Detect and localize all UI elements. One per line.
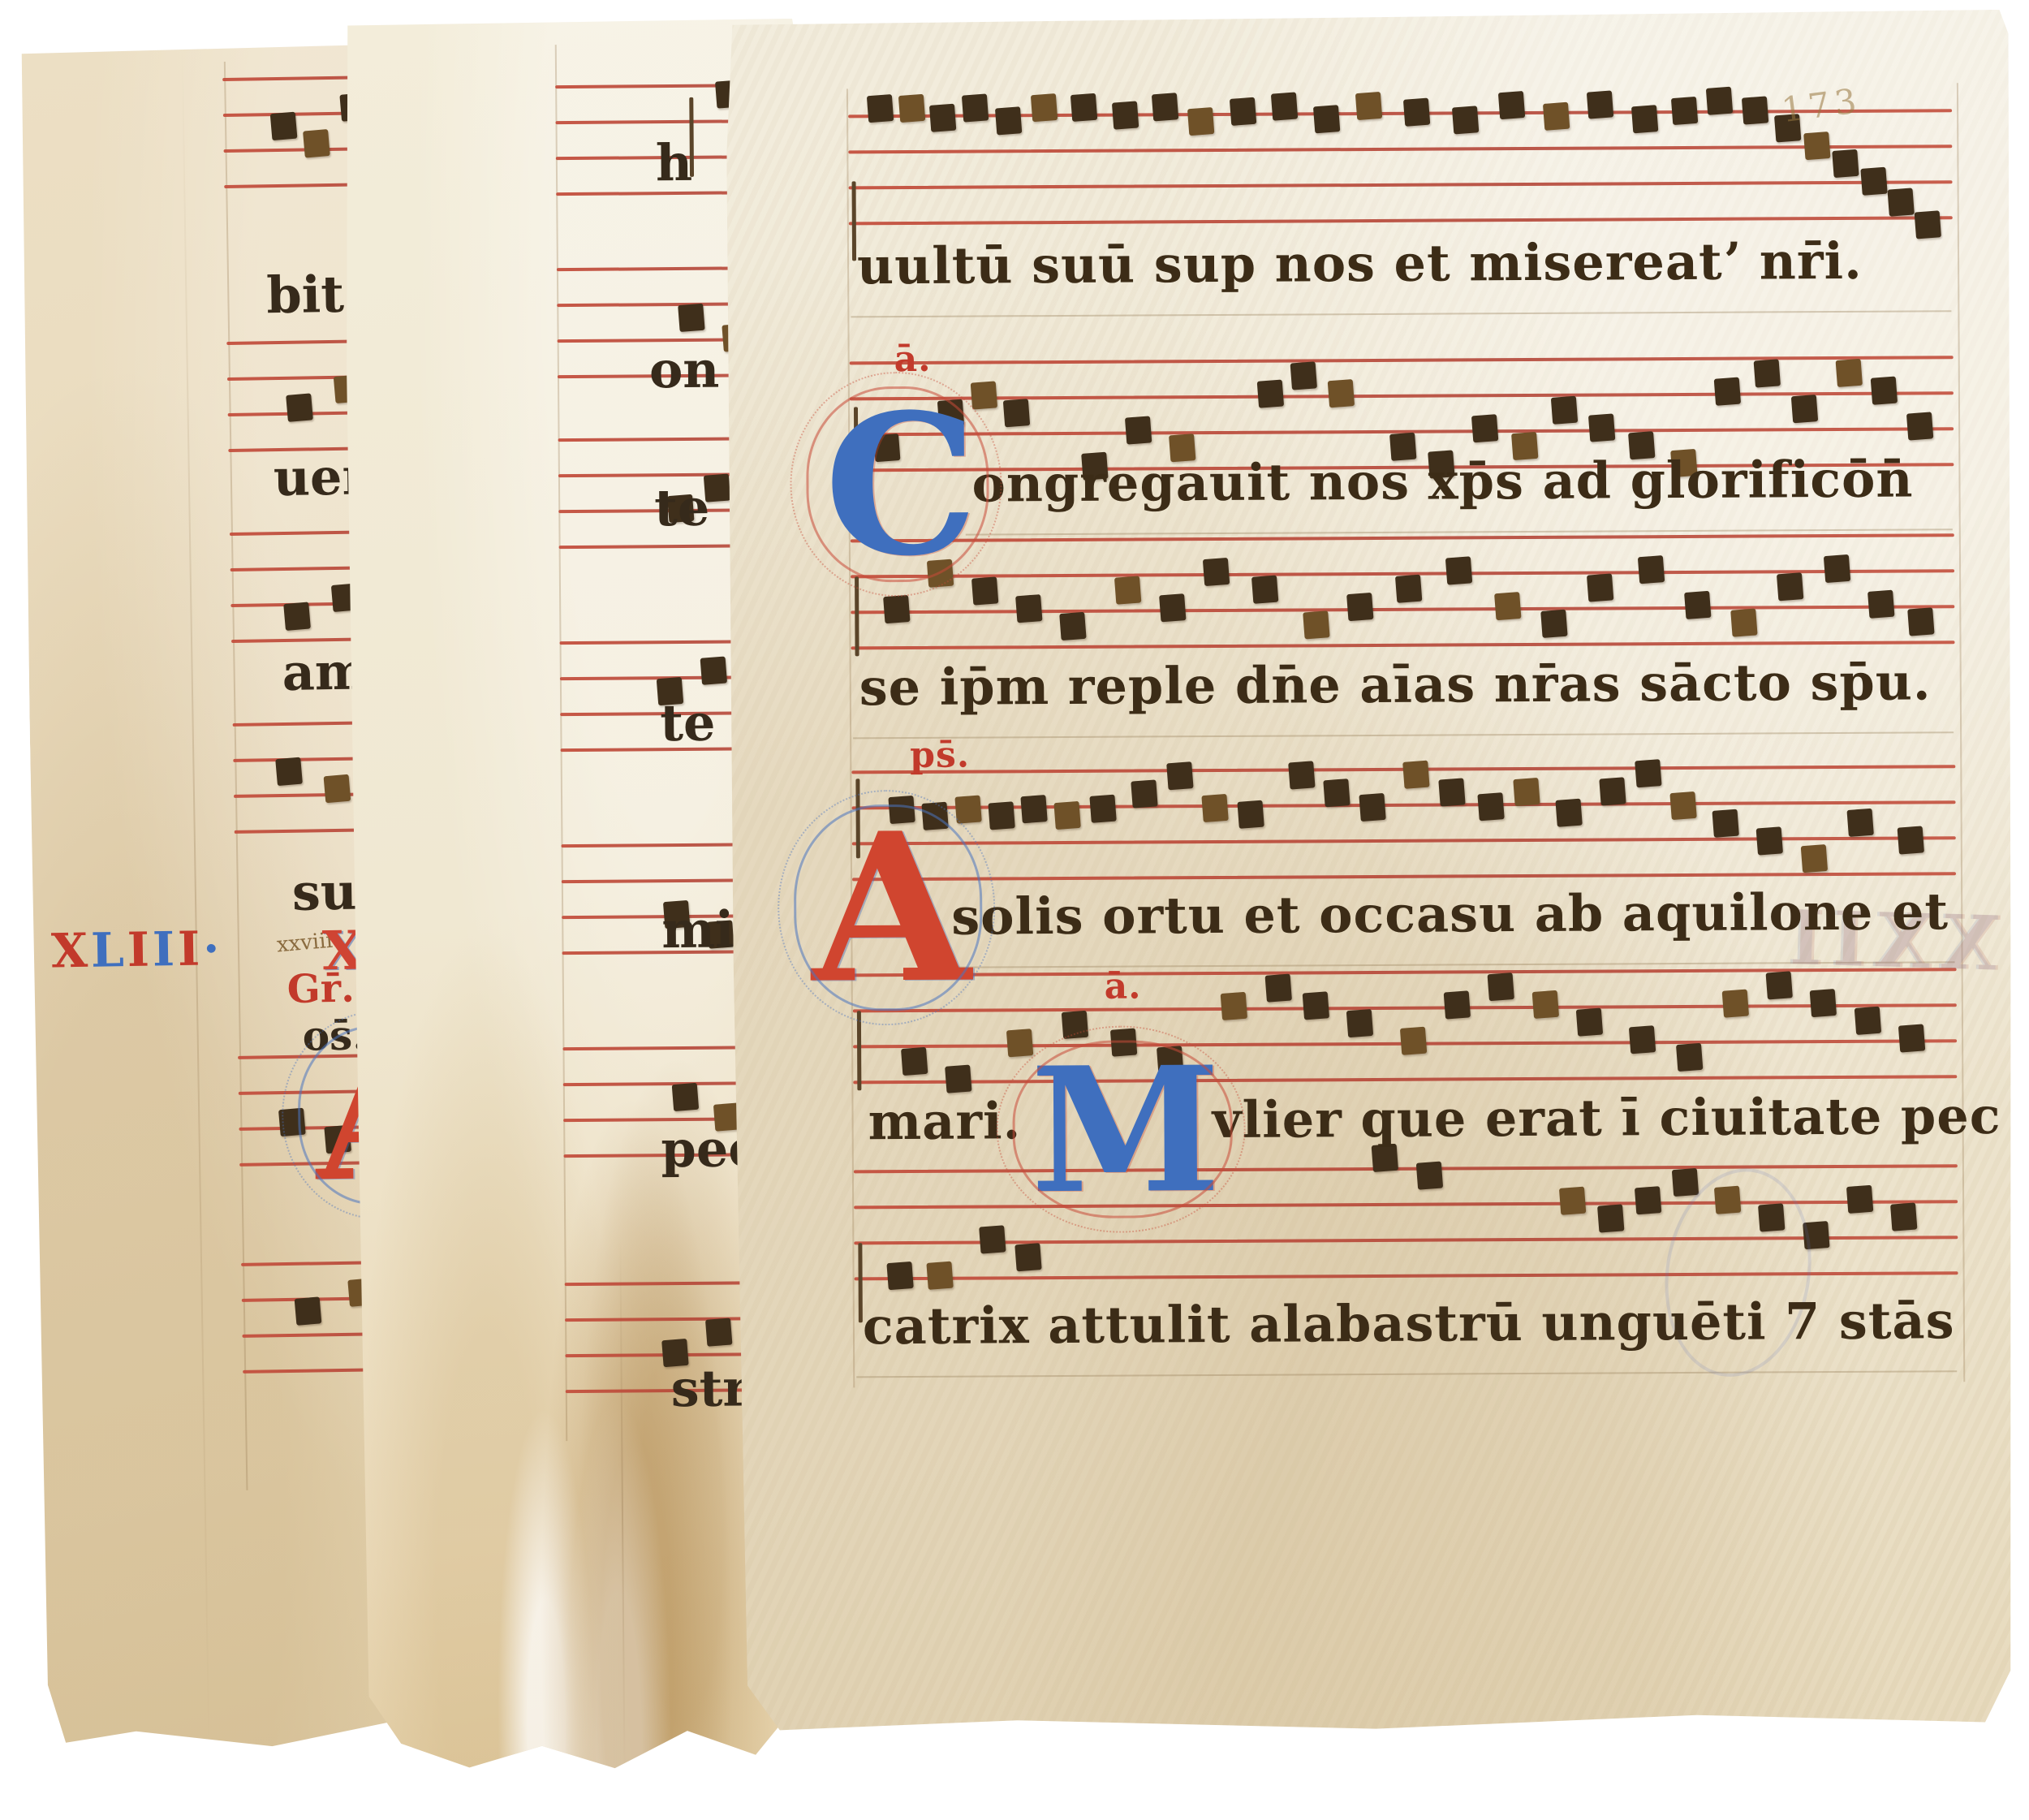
note-square: [1721, 990, 1748, 1018]
photo-background: XLIII· xxviii XX Gr̄. Vn̄ os̄. bit euena…: [0, 0, 2029, 1820]
note-square: [1187, 107, 1214, 136]
note-square: [1288, 761, 1315, 789]
chant-rubric: ps̄.: [910, 735, 970, 776]
staff-line: [852, 836, 1956, 845]
note-square: [1635, 1186, 1661, 1214]
note-square: [1906, 412, 1933, 440]
penwork-flourish: [790, 371, 1003, 597]
note-square: [1014, 1243, 1041, 1271]
music-staff: [851, 765, 1956, 878]
note-square: [1898, 1024, 1925, 1052]
illuminated-initial: A: [812, 819, 971, 1000]
ruling-vertical-line: [1957, 83, 1965, 1382]
note-square: [1576, 1007, 1603, 1036]
note-square: [1031, 93, 1058, 122]
note-square: [883, 595, 910, 623]
note-square: [901, 1047, 928, 1076]
note-square: [1706, 87, 1733, 115]
note-square: [1071, 93, 1097, 122]
chant-text-line: catrix attulit alabastrū unguēti 7 stās: [863, 1294, 1955, 1352]
note-square: [324, 774, 351, 804]
note-square: [995, 106, 1022, 135]
music-staff: [851, 533, 1955, 646]
note-square: [1328, 379, 1355, 408]
folio-numeral-letter: I: [152, 921, 178, 977]
note-square: [1355, 92, 1381, 120]
note-square: [1629, 1025, 1656, 1054]
note-square: [867, 94, 894, 123]
note-square: [1541, 610, 1568, 638]
phrase-stroke: [852, 181, 857, 261]
note-square: [1131, 779, 1158, 808]
note-square: [1438, 778, 1465, 806]
note-square: [1478, 792, 1505, 821]
note-square: [1855, 1007, 1881, 1035]
note-square: [1346, 1009, 1373, 1037]
note-square: [1221, 992, 1247, 1020]
note-square: [1754, 359, 1781, 387]
note-square: [283, 602, 311, 631]
note-square: [1730, 608, 1757, 636]
note-square: [1676, 1043, 1703, 1072]
note-square: [1635, 759, 1661, 787]
note-square: [1257, 380, 1284, 408]
folio-numeral-letter: L: [90, 922, 127, 978]
note-square: [1638, 555, 1665, 584]
note-square: [1890, 1202, 1917, 1231]
chant-text-fragment: h: [656, 133, 693, 192]
staff-line: [850, 356, 1954, 364]
note-square: [1488, 973, 1514, 1001]
staff-line: [852, 872, 1956, 881]
note-square: [1359, 793, 1385, 822]
note-square: [1810, 989, 1837, 1017]
text-ruling-line: [853, 731, 1954, 739]
note-square: [700, 657, 727, 685]
note-square: [1587, 573, 1613, 602]
note-square: [1125, 416, 1152, 444]
note-square: [1166, 761, 1193, 790]
staff-line: [849, 216, 1953, 225]
note-square: [1415, 1162, 1442, 1190]
note-square: [1741, 96, 1768, 124]
note-square: [1587, 90, 1613, 119]
note-square: [1846, 1185, 1873, 1214]
note-square: [1323, 778, 1350, 807]
note-square: [1551, 396, 1578, 425]
note-square: [1867, 590, 1894, 619]
note-square: [1791, 395, 1818, 423]
note-square: [1832, 149, 1859, 178]
note-square: [1399, 1027, 1426, 1055]
note-square: [1159, 593, 1186, 622]
note-square: [1914, 210, 1941, 239]
note-square: [1907, 607, 1934, 636]
note-square: [672, 1083, 699, 1111]
note-square: [1531, 990, 1558, 1019]
note-square: [1670, 97, 1697, 125]
folio-numeral-letter: I: [178, 921, 204, 977]
note-square: [1444, 990, 1471, 1019]
note-square: [1346, 593, 1373, 621]
note-square: [1777, 572, 1803, 601]
note-square: [1290, 361, 1317, 390]
note-square: [1471, 414, 1498, 442]
note-square: [1559, 1187, 1586, 1215]
text-ruling-line: [856, 1370, 1957, 1378]
note-square: [1003, 399, 1030, 427]
illuminated-initial: C: [824, 401, 979, 571]
staff-line: [851, 640, 1955, 649]
note-square: [945, 1065, 971, 1093]
note-square: [303, 129, 330, 158]
note-square: [1303, 991, 1329, 1020]
note-square: [1555, 799, 1582, 827]
note-square: [1112, 101, 1139, 129]
staff-line: [849, 180, 1953, 189]
note-square: [270, 112, 298, 141]
illuminated-initial: M: [1030, 1054, 1221, 1207]
note-square: [1712, 809, 1738, 838]
chant-text-line: vlier que erat ī ciuitate pec: [1212, 1089, 2001, 1146]
note-square: [1303, 610, 1329, 639]
note-square: [1271, 92, 1298, 120]
note-square: [1800, 844, 1827, 873]
note-square: [1871, 377, 1898, 405]
note-square: [1445, 556, 1472, 584]
text-ruling-line: [851, 310, 1951, 317]
note-square: [1237, 800, 1264, 829]
note-square: [286, 393, 313, 422]
note-square: [1060, 612, 1087, 640]
note-square: [1114, 576, 1141, 604]
note-square: [1898, 826, 1924, 854]
note-square: [1402, 761, 1429, 789]
note-square: [1513, 778, 1540, 806]
chant-text-line: ongregauit nos xp̄s ad glorificōn̄: [971, 452, 1913, 510]
note-square: [1597, 1204, 1624, 1232]
note-square: [1669, 791, 1696, 820]
note-square: [1403, 98, 1430, 127]
note-square: [886, 1261, 913, 1290]
note-square: [1846, 809, 1873, 837]
music-staff: [853, 968, 1958, 1080]
penwork-flourish: [996, 1025, 1246, 1233]
note-square: [295, 1296, 322, 1326]
note-square: [962, 93, 989, 122]
note-square: [1823, 554, 1850, 583]
note-square: [898, 94, 924, 123]
note-square: [678, 304, 704, 332]
note-square: [705, 1318, 732, 1346]
note-square: [1803, 132, 1830, 160]
note-square: [1684, 591, 1711, 619]
note-square: [1203, 558, 1230, 586]
chant-text-fragment: mi: [661, 899, 734, 960]
chant-text-line: solis ortu et occasu ab aquilone et: [951, 885, 1949, 943]
note-square: [1498, 91, 1525, 119]
folio-numeral-letter: ·: [203, 921, 223, 976]
note-square: [1588, 413, 1615, 442]
note-square: [1672, 1168, 1699, 1197]
note-square: [1202, 794, 1229, 822]
note-square: [1888, 188, 1915, 216]
folio-numeral-letter: I: [127, 922, 153, 977]
note-square: [988, 801, 1014, 830]
note-square: [1714, 377, 1741, 406]
chant-text-fragment: str: [670, 1358, 749, 1418]
chant-text-fragment: te: [654, 478, 710, 538]
note-square: [1599, 777, 1626, 805]
staff-line: [852, 800, 1956, 809]
note-square: [1015, 594, 1042, 623]
note-square: [1089, 795, 1116, 823]
note-square: [1313, 105, 1340, 133]
parchment-crease: [182, 46, 210, 1751]
note-square: [1395, 575, 1422, 603]
note-square: [1152, 93, 1178, 121]
note-square: [1631, 105, 1658, 133]
note-square: [1264, 973, 1291, 1002]
chant-text-line: uultū suū sup nos et misereatʼ nr̄i.: [857, 235, 1863, 293]
note-square: [1835, 359, 1862, 387]
folio-numeral-letter: X: [50, 923, 91, 979]
penwork-flourish: [777, 789, 995, 1025]
note-square: [1494, 592, 1521, 620]
note-square: [275, 757, 303, 787]
note-square: [1021, 795, 1048, 823]
chant-rubric: ā.: [1105, 965, 1142, 1007]
note-square: [1229, 97, 1256, 126]
note-square: [979, 1225, 1006, 1253]
note-square: [1251, 576, 1278, 604]
chant-text-fragment: te: [660, 693, 716, 753]
note-square: [1861, 167, 1888, 196]
left-leaf-folio-numeral: XLIII·: [50, 921, 222, 978]
chant-text-line: se ip̄m reple dn̄e aīas nr̄as sācto sp̄u…: [859, 655, 1932, 714]
note-square: [1054, 801, 1081, 830]
front-parchment-leaf: 173 XXII uultū suū sup nos et misereatʼ …: [726, 10, 2017, 1737]
note-square: [1543, 102, 1570, 131]
staff-line: [853, 1003, 1957, 1012]
note-square: [1756, 826, 1783, 855]
staff-line: [848, 144, 1952, 153]
chant-text-fragment: on: [649, 340, 720, 400]
note-square: [929, 104, 956, 132]
note-square: [926, 1261, 953, 1290]
note-square: [1452, 106, 1479, 134]
